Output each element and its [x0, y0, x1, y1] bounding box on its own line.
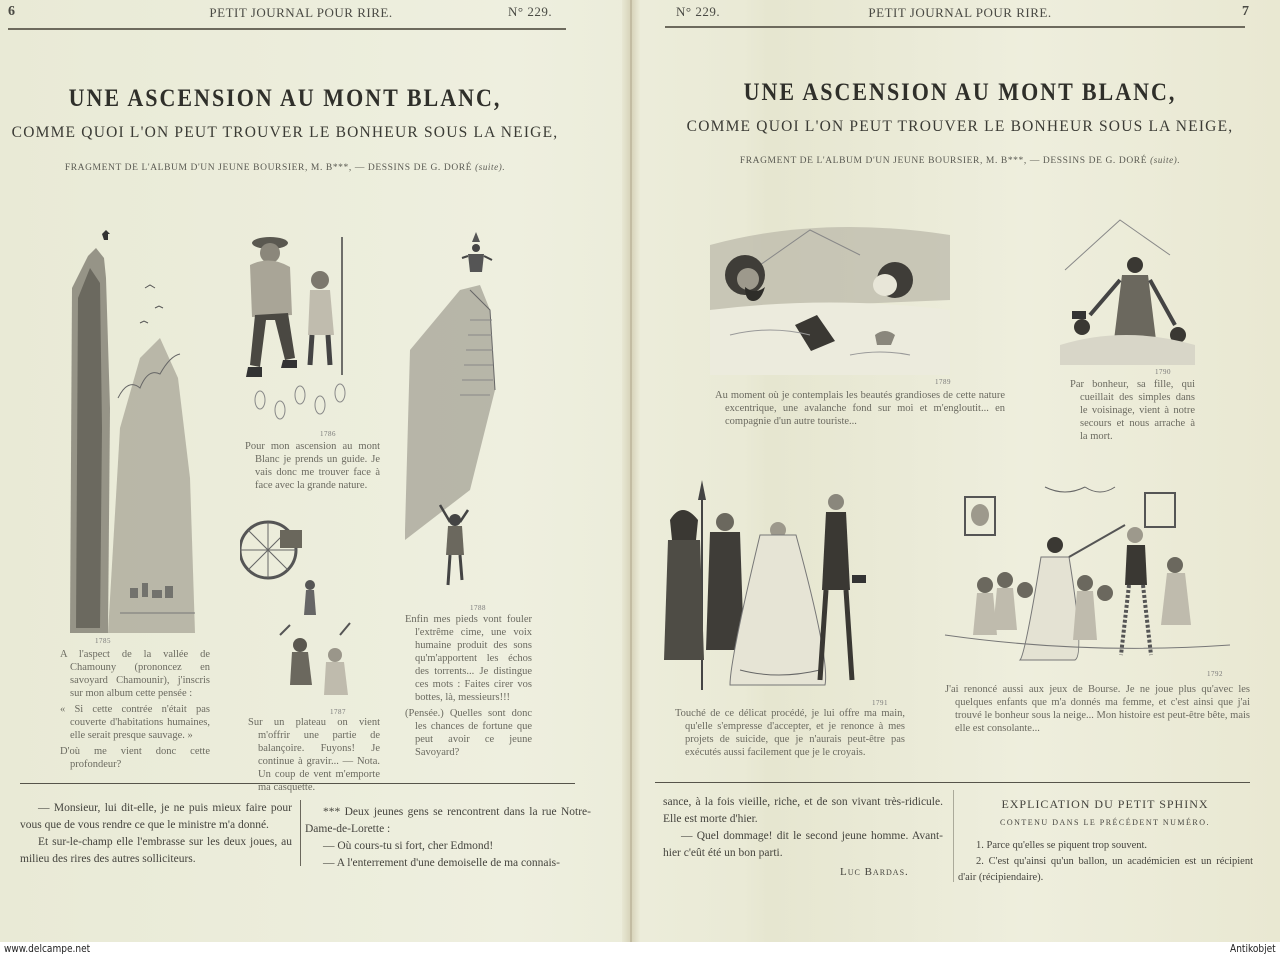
caption-1791: Touché de ce délicat procédé, je lui off…: [675, 707, 905, 762]
section-rule: [655, 782, 1250, 783]
footer-site-link[interactable]: www.delcampe.net: [4, 942, 90, 955]
illustration-wedding: [660, 480, 875, 690]
sphinx-answers: 1. Parce qu'elles se piquent trop souven…: [958, 838, 1253, 886]
column-divider: [953, 790, 954, 882]
page-number: 7: [1242, 4, 1250, 20]
header-rule: [665, 26, 1245, 28]
caption-1789: Au moment où je contemplais les beautés …: [715, 389, 1005, 431]
article-subtitle: COMME QUOI L'ON PEUT TROUVER LE BONHEUR …: [640, 118, 1280, 136]
figure-number: 1791: [872, 699, 888, 707]
bottom-column-left: sance, à la fois vieille, riche, et de s…: [663, 794, 943, 862]
caption-1790: Par bonheur, sa fille, qui cueillait des…: [1070, 378, 1195, 446]
illustration-swing-wheel: [240, 505, 370, 705]
section-rule: [20, 783, 575, 784]
footer-seller-name: Antikobjet: [1230, 942, 1276, 955]
illustration-guide-climbers: [230, 225, 380, 425]
sphinx-subtitle: CONTENU DANS LE PRÉCÉDENT NUMÉRO.: [960, 818, 1250, 827]
figure-number: 1786: [320, 430, 336, 438]
figure-number: 1789: [935, 378, 951, 386]
article-byline: FRAGMENT DE L'ALBUM D'UN JEUNE BOURSIER,…: [0, 162, 580, 173]
newspaper-spread: 6 PETIT JOURNAL POUR RIRE. N° 229. UNE A…: [0, 0, 1280, 942]
figure-number: 1792: [1207, 670, 1223, 678]
caption-1786: Pour mon ascension au mont Blanc je pren…: [245, 440, 380, 495]
left-page: 6 PETIT JOURNAL POUR RIRE. N° 229. UNE A…: [0, 0, 622, 942]
article-subtitle: COMME QUOI L'ON PEUT TROUVER LE BONHEUR …: [0, 124, 580, 142]
figure-number: 1788: [470, 604, 486, 612]
journal-title: PETIT JOURNAL POUR RIRE.: [640, 5, 1280, 21]
running-head: N° 229. PETIT JOURNAL POUR RIRE. 7: [640, 4, 1280, 26]
author-signature: Luc Bardas.: [840, 866, 909, 878]
bottom-column-left: — Monsieur, lui dit-elle, je ne puis mie…: [20, 800, 292, 868]
article-title: UNE ASCENSION AU MONT BLANC,: [0, 83, 580, 113]
figure-number: 1787: [330, 708, 346, 716]
caption-1788: Enfin mes pieds vont fouler l'extrême ci…: [405, 613, 532, 762]
caption-1792: J'ai renoncé aussi aux jeux de Bourse. J…: [945, 683, 1250, 738]
article-byline: FRAGMENT DE L'ALBUM D'UN JEUNE BOURSIER,…: [640, 155, 1280, 166]
issue-number: N° 229.: [508, 4, 552, 20]
header-rule: [8, 28, 566, 30]
illustration-summit: [400, 230, 520, 590]
book-gutter: [622, 0, 640, 942]
watermark-footer: www.delcampe.net Antikobjet: [0, 942, 1280, 958]
caption-1787: Sur un plateau on vient m'offrir une par…: [248, 716, 380, 797]
figure-number: 1790: [1155, 368, 1171, 376]
illustration-avalanche: [700, 215, 955, 375]
caption-1785: A l'aspect de la vallée de Chamouny (pro…: [60, 648, 210, 774]
illustration-family-dance: [935, 485, 1235, 665]
figure-number: 1785: [95, 637, 111, 645]
illustration-cliff-valley: [60, 228, 205, 633]
right-page: N° 229. PETIT JOURNAL POUR RIRE. 7 UNE A…: [640, 0, 1280, 942]
article-title: UNE ASCENSION AU MONT BLANC,: [640, 77, 1280, 107]
illustration-rescue: [1060, 215, 1195, 365]
sphinx-title: EXPLICATION DU PETIT SPHINX: [960, 797, 1250, 812]
column-divider: [300, 800, 301, 866]
bottom-column-right: *** Deux jeunes gens se rencontrent dans…: [305, 804, 591, 872]
running-head: 6 PETIT JOURNAL POUR RIRE. N° 229.: [0, 4, 622, 26]
